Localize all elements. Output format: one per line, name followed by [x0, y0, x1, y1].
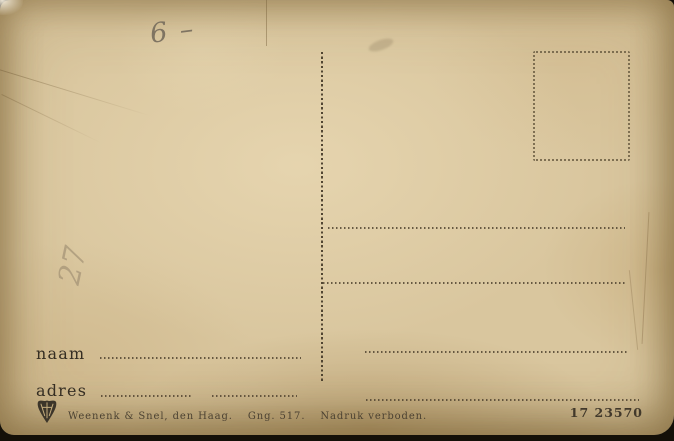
- copyright-notice: Nadruk verboden.: [320, 411, 427, 422]
- publisher-name: Weenenk & Snel, den Haag.: [68, 411, 233, 422]
- handwritten-number: 27: [52, 243, 94, 288]
- corner-damage: [0, 0, 23, 15]
- adres-line-segment-1: [101, 395, 192, 397]
- adres-line-segment-2: [212, 395, 297, 397]
- divider-line: [321, 52, 323, 382]
- address-line-2: [323, 282, 625, 284]
- postcard-back: 6 – 27 naam adres Weenenk & Snel, den Ha…: [0, 0, 674, 435]
- address-line-3: [365, 351, 628, 353]
- crease-top-left-2: [1, 94, 100, 143]
- smudge-mark: [367, 36, 395, 54]
- handwritten-price: 6 –: [148, 13, 197, 49]
- naam-label: naam: [36, 344, 85, 363]
- crease-right-edge: [642, 212, 650, 344]
- crease-top-left: [0, 69, 151, 117]
- address-line-1: [328, 227, 625, 229]
- naam-line: [100, 357, 301, 359]
- publisher-logo-icon: [36, 398, 58, 425]
- address-line-4: [366, 399, 639, 401]
- serial-number: 17 23570: [565, 405, 643, 420]
- stamp-box: [533, 51, 630, 161]
- crease-top-center: [266, 0, 267, 46]
- publisher-line: Weenenk & Snel, den Haag.Gng. 517.Nadruk…: [68, 411, 442, 422]
- crease-right-edge-2: [629, 270, 638, 350]
- series-code: Gng. 517.: [248, 411, 306, 422]
